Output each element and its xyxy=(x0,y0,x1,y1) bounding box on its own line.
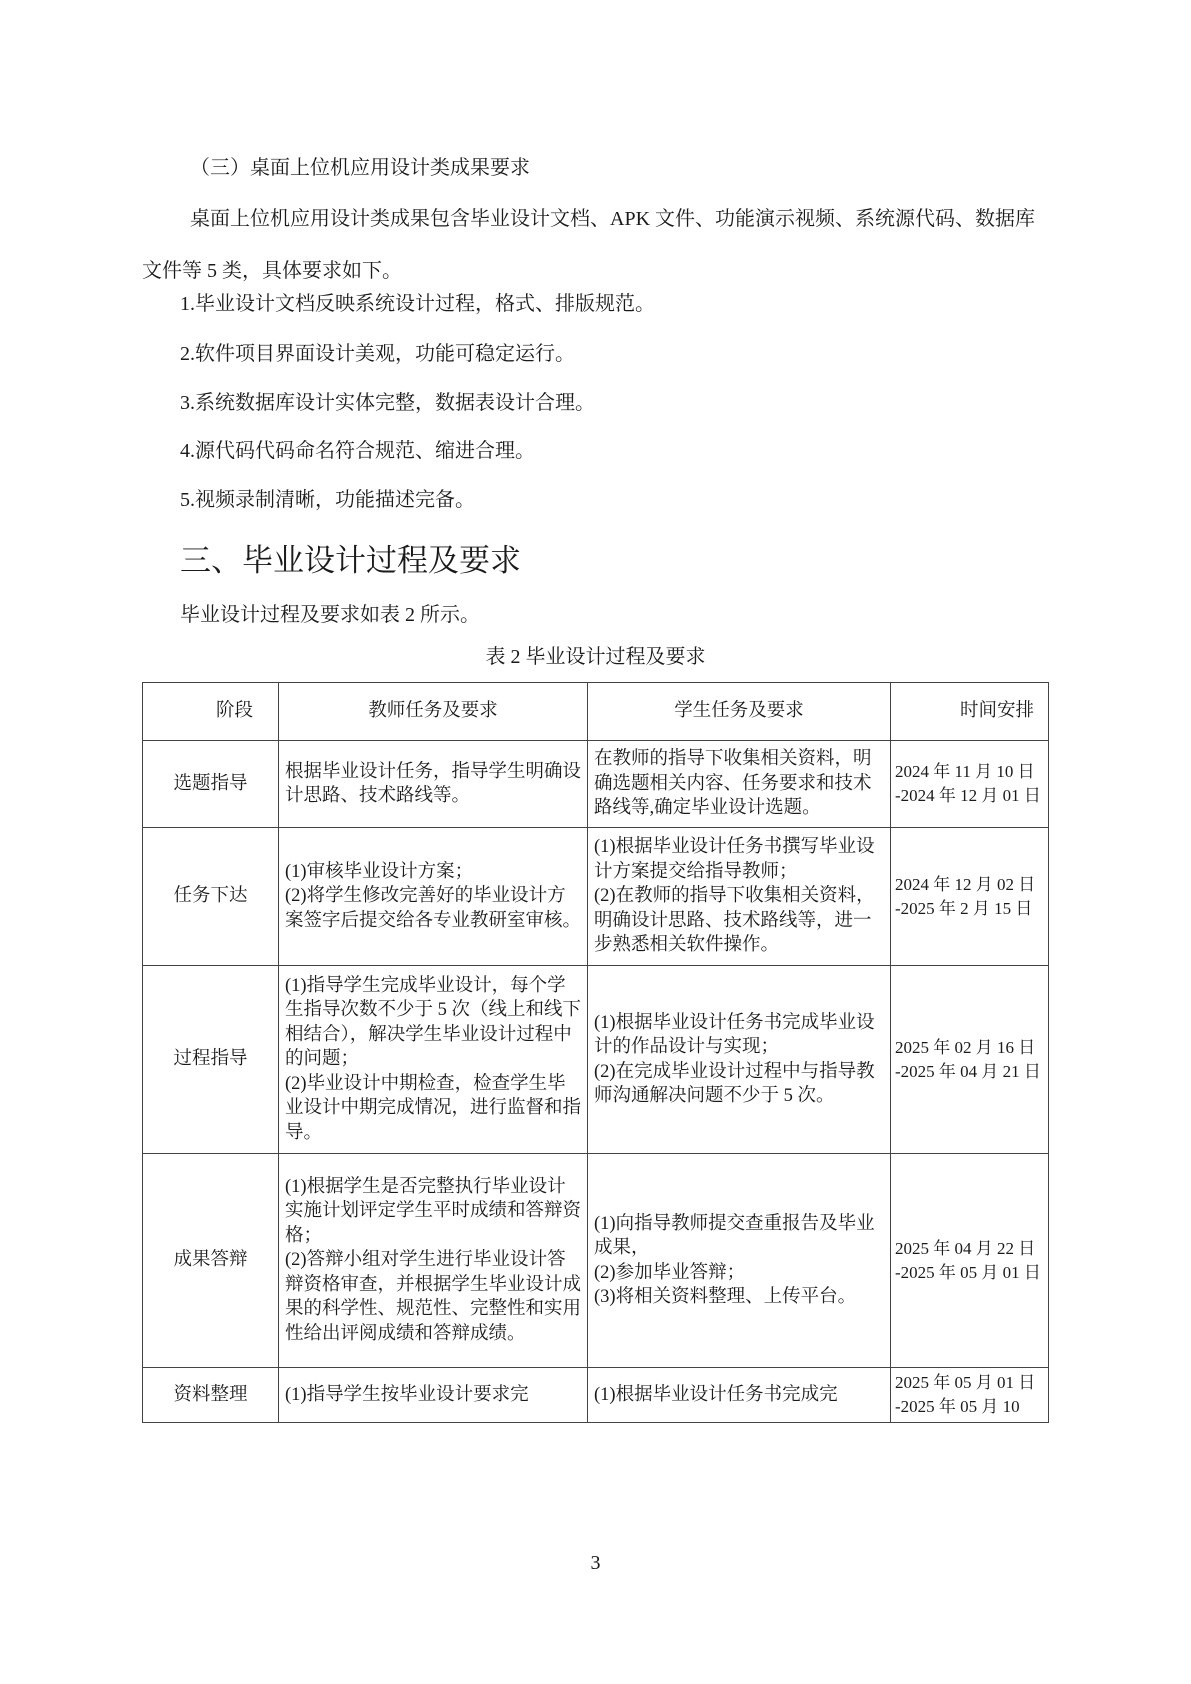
teacher-cell: (1)审核毕业设计方案； (2)将学生修改完善好的毕业设计方案签字后提交给各专业… xyxy=(279,828,588,966)
page-number: 3 xyxy=(0,1552,1191,1575)
requirement-item-3: 3.系统数据库设计实体完整，数据表设计合理。 xyxy=(180,393,595,413)
student-cell: (1)根据毕业设计任务书完成毕业设计的作品设计与实现； (2)在完成毕业设计过程… xyxy=(588,966,891,1154)
teacher-cell: (1)指导学生完成毕业设计，每个学生指导次数不少于 5 次（线上和线下相结合），… xyxy=(279,966,588,1154)
table-row: 资料整理 (1)指导学生按毕业设计要求完 (1)根据毕业设计任务书完成完 202… xyxy=(143,1368,1049,1423)
header-student: 学生任务及要求 xyxy=(588,683,891,741)
stage-cell: 过程指导 xyxy=(143,966,279,1154)
requirement-item-2: 2.软件项目界面设计美观，功能可稳定运行。 xyxy=(180,344,575,364)
stage-cell: 资料整理 xyxy=(143,1368,279,1423)
process-table: 阶段 教师任务及要求 学生任务及要求 时间安排 选题指导 根据毕业设计任务，指导… xyxy=(142,682,1049,1423)
intro-paragraph: 桌面上位机应用设计类成果包含毕业设计文档、APK 文件、功能演示视频、系统源代码… xyxy=(142,193,1047,297)
table-row: 过程指导 (1)指导学生完成毕业设计，每个学生指导次数不少于 5 次（线上和线下… xyxy=(143,966,1049,1154)
header-stage: 阶段 xyxy=(143,683,279,741)
table-header-row: 阶段 教师任务及要求 学生任务及要求 时间安排 xyxy=(143,683,1049,741)
requirement-item-1: 1.毕业设计文档反映系统设计过程，格式、排版规范。 xyxy=(180,294,655,314)
header-time: 时间安排 xyxy=(891,683,1049,741)
time-cell: 2025 年 02 月 16 日 -2025 年 04 月 21 日 xyxy=(891,966,1049,1154)
table-row: 任务下达 (1)审核毕业设计方案； (2)将学生修改完善好的毕业设计方案签字后提… xyxy=(143,828,1049,966)
table-row: 选题指导 根据毕业设计任务，指导学生明确设计思路、技术路线等。 在教师的指导下收… xyxy=(143,741,1049,828)
requirement-item-4: 4.源代码代码命名符合规范、缩进合理。 xyxy=(180,441,535,461)
table-row: 成果答辩 (1)根据学生是否完整执行毕业设计实施计划评定学生平时成绩和答辩资格；… xyxy=(143,1154,1049,1368)
student-cell: (1)根据毕业设计任务书完成完 xyxy=(588,1368,891,1423)
student-cell: (1)向指导教师提交查重报告及毕业成果， (2)参加毕业答辩； (3)将相关资料… xyxy=(588,1154,891,1368)
header-teacher: 教师任务及要求 xyxy=(279,683,588,741)
requirement-item-5: 5.视频录制清晰，功能描述完备。 xyxy=(180,490,475,510)
stage-cell: 选题指导 xyxy=(143,741,279,828)
time-cell: 2024 年 12 月 02 日 -2025 年 2 月 15 日 xyxy=(891,828,1049,966)
teacher-cell: (1)指导学生按毕业设计要求完 xyxy=(279,1368,588,1423)
subsection-heading: （三）桌面上位机应用设计类成果要求 xyxy=(190,158,530,178)
teacher-cell: 根据毕业设计任务，指导学生明确设计思路、技术路线等。 xyxy=(279,741,588,828)
time-cell: 2025 年 05 月 01 日 -2025 年 05 月 10 xyxy=(891,1368,1049,1423)
chapter-title: 三、毕业设计过程及要求 xyxy=(180,541,521,581)
time-cell: 2025 年 04 月 22 日 -2025 年 05 月 01 日 xyxy=(891,1154,1049,1368)
student-cell: (1)根据毕业设计任务书撰写毕业设计方案提交给指导教师； (2)在教师的指导下收… xyxy=(588,828,891,966)
teacher-cell: (1)根据学生是否完整执行毕业设计实施计划评定学生平时成绩和答辩资格； (2)答… xyxy=(279,1154,588,1368)
table-caption: 表 2 毕业设计过程及要求 xyxy=(0,645,1191,669)
time-cell: 2024 年 11 月 10 日 -2024 年 12 月 01 日 xyxy=(891,741,1049,828)
stage-cell: 成果答辩 xyxy=(143,1154,279,1368)
chapter-intro: 毕业设计过程及要求如表 2 所示。 xyxy=(180,605,480,625)
stage-cell: 任务下达 xyxy=(143,828,279,966)
student-cell: 在教师的指导下收集相关资料，明确选题相关内容、任务要求和技术路线等,确定毕业设计… xyxy=(588,741,891,828)
